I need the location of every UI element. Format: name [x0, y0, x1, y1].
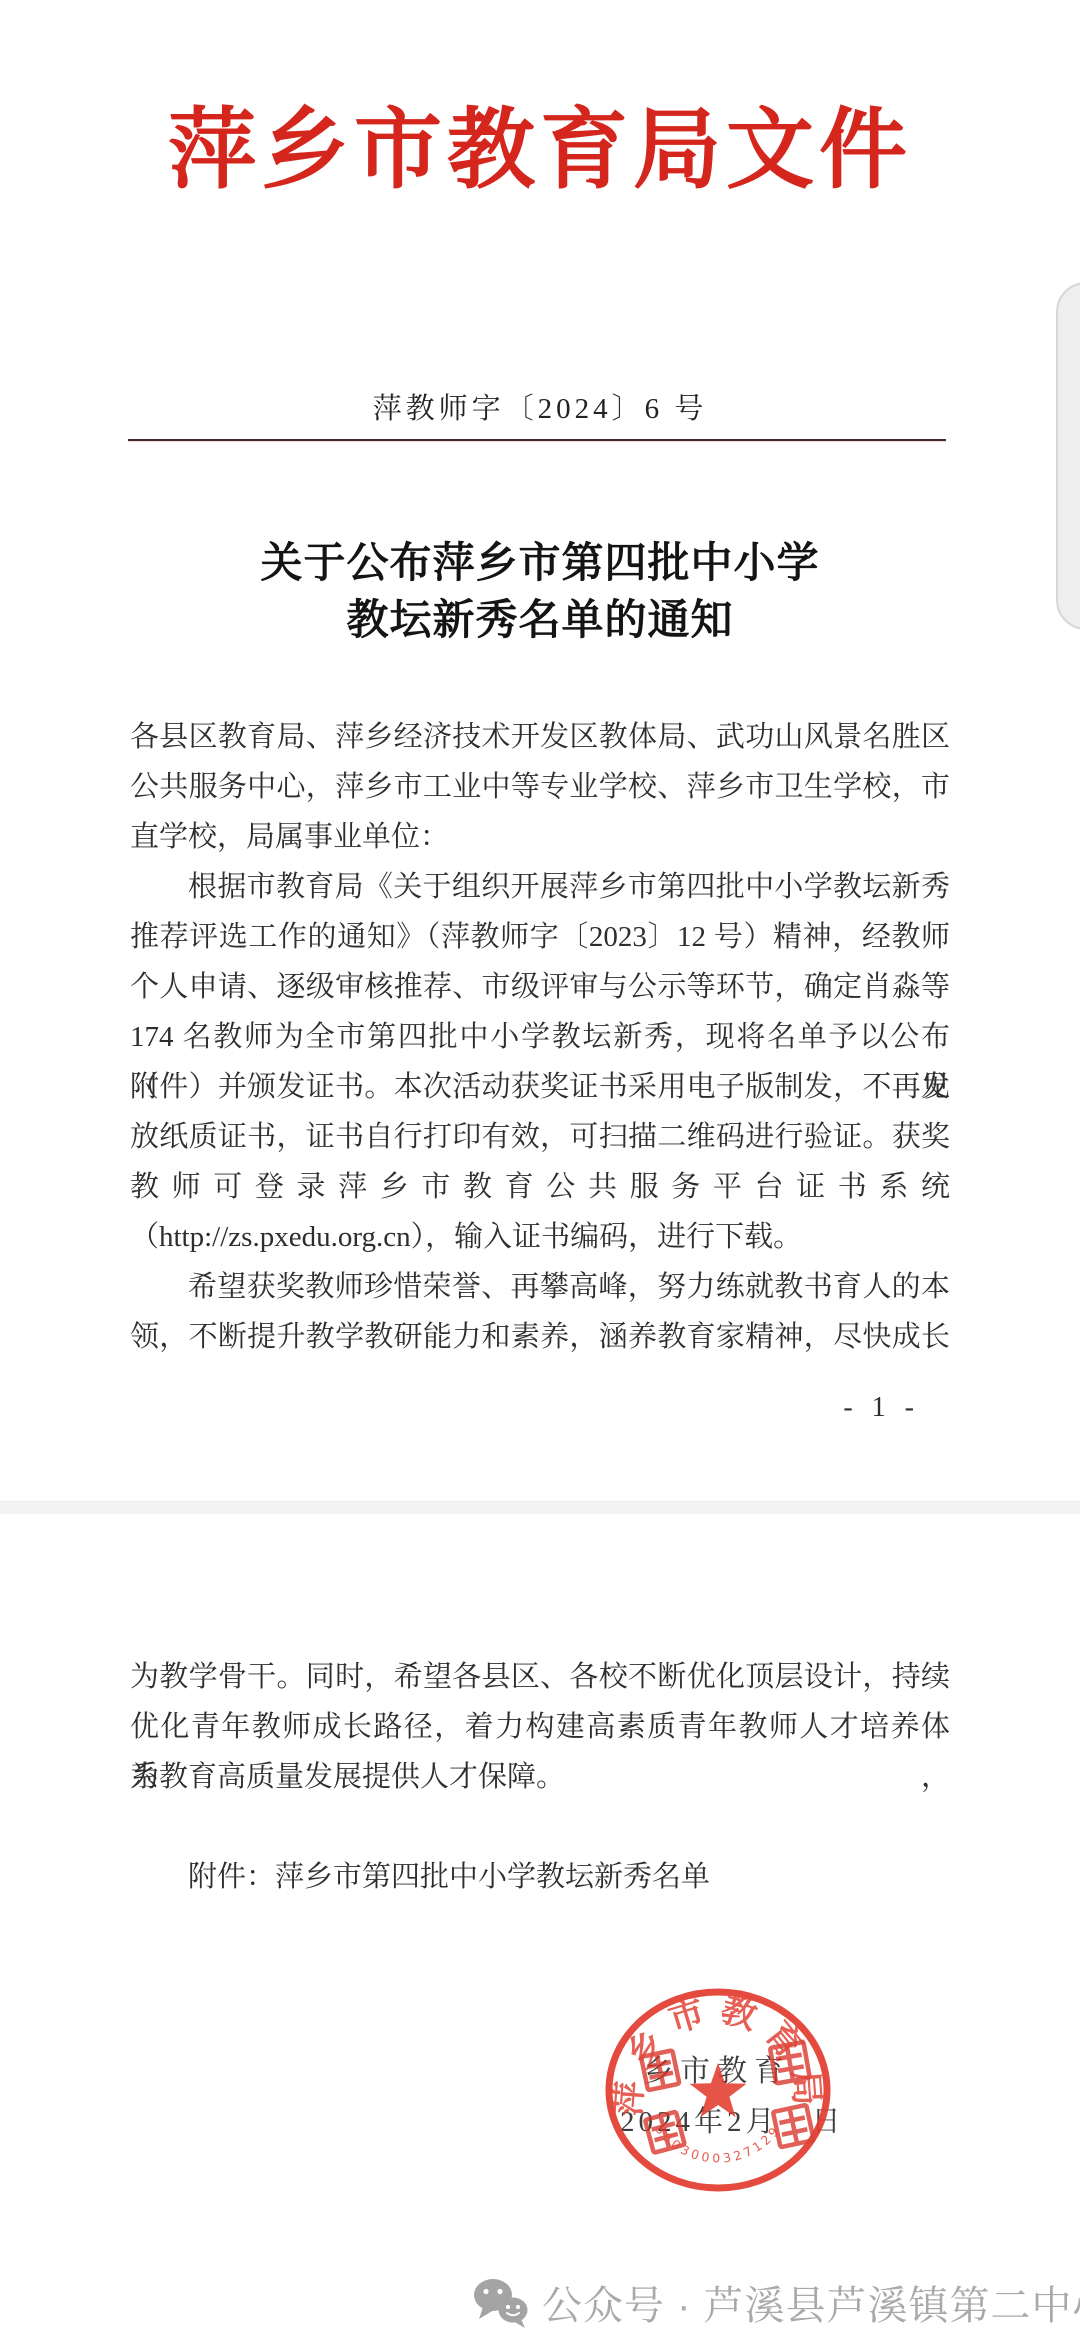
page-break-band — [0, 1501, 1080, 1514]
page-number: - 1 - — [843, 1392, 920, 1424]
page2-body: 为教学骨干。同时，希望各县区、各校不断优化顶层设计，持续优化青年教师成长路径，着… — [130, 1652, 950, 1802]
svg-text:3603000327129: 3603000327129 — [652, 2122, 783, 2166]
body-line: 放纸质证书，证书自行打印有效，可扫描二维码进行验证。获奖 — [130, 1112, 950, 1162]
body-line: 教师可登录萍乡市教育公共服务平台证书系统 — [130, 1162, 950, 1212]
wechat-icon — [472, 2277, 530, 2329]
body-line: 直学校，局属事业单位： — [130, 812, 950, 862]
notice-title-line1: 关于公布萍乡市第四批中小学 — [0, 536, 1080, 593]
document-screen: 萍乡市教育局文件 萍教师字〔2024〕6 号 关于公布萍乡市第四批中小学 教坛新… — [0, 0, 1080, 2340]
notice-title: 关于公布萍乡市第四批中小学 教坛新秀名单的通知 — [0, 536, 1080, 650]
letterhead-divider-line — [128, 439, 946, 441]
body-line: 推荐评选工作的通知》（萍教师字〔2023〕12 号）精神，经教师 — [130, 912, 950, 962]
body-line: 公共服务中心，萍乡市工业中等专业学校、萍乡市卫生学校，市 — [130, 762, 950, 812]
body-line: （http://zs.pxedu.org.cn），输入证书编码，进行下载。 — [130, 1212, 950, 1262]
seal-serial-number: 3603000327129 — [652, 2122, 783, 2166]
body-line: 领，不断提升教学教研能力和素养，涵养教育家精神，尽快成长 — [130, 1312, 950, 1362]
official-seal-stamp: 萍乡市教育局 3603000327129 — [590, 1975, 850, 2215]
watermark-text: 公众号 · 芦溪县芦溪镇第二中心幼儿园 — [542, 2274, 1080, 2331]
body-line: 为教学骨干。同时，希望各县区、各校不断优化顶层设计，持续 — [130, 1652, 950, 1702]
body-line: 希望获奖教师珍惜荣誉、再攀高峰，努力练就教书育人的本 — [130, 1262, 950, 1312]
seal-star-icon — [690, 2063, 747, 2117]
page1-body: 各县区教育局、萍乡经济技术开发区教体局、武功山风景名胜区公共服务中心，萍乡市工业… — [130, 712, 950, 1362]
body-line: 个人申请、逐级审核推荐、市级评审与公示等环节，确定肖淼等 — [130, 962, 950, 1012]
scrollbar-pill[interactable] — [1056, 282, 1080, 630]
attachment-line: 附件：萍乡市第四批中小学教坛新秀名单 — [130, 1852, 1008, 1902]
notice-title-line2: 教坛新秀名单的通知 — [0, 593, 1080, 650]
letterhead-title: 萍乡市教育局文件 — [0, 104, 1080, 200]
watermark: 公众号 · 芦溪县芦溪镇第二中心幼儿园 — [472, 2274, 1080, 2331]
body-line: 附件）并颁发证书。本次活动获奖证书采用电子版制发，不再发 — [130, 1062, 950, 1112]
body-line: 根据市教育局《关于组织开展萍乡市第四批中小学教坛新秀 — [130, 862, 950, 912]
document-number: 萍教师字〔2024〕6 号 — [0, 386, 1080, 427]
body-line: 各县区教育局、萍乡经济技术开发区教体局、武功山风景名胜区 — [130, 712, 950, 762]
body-line: 优化青年教师成长路径，着力构建高素质青年教师人才培养体系， — [130, 1702, 950, 1752]
body-line: 174 名教师为全市第四批中小学教坛新秀，现将名单予以公布（见 — [130, 1012, 950, 1062]
